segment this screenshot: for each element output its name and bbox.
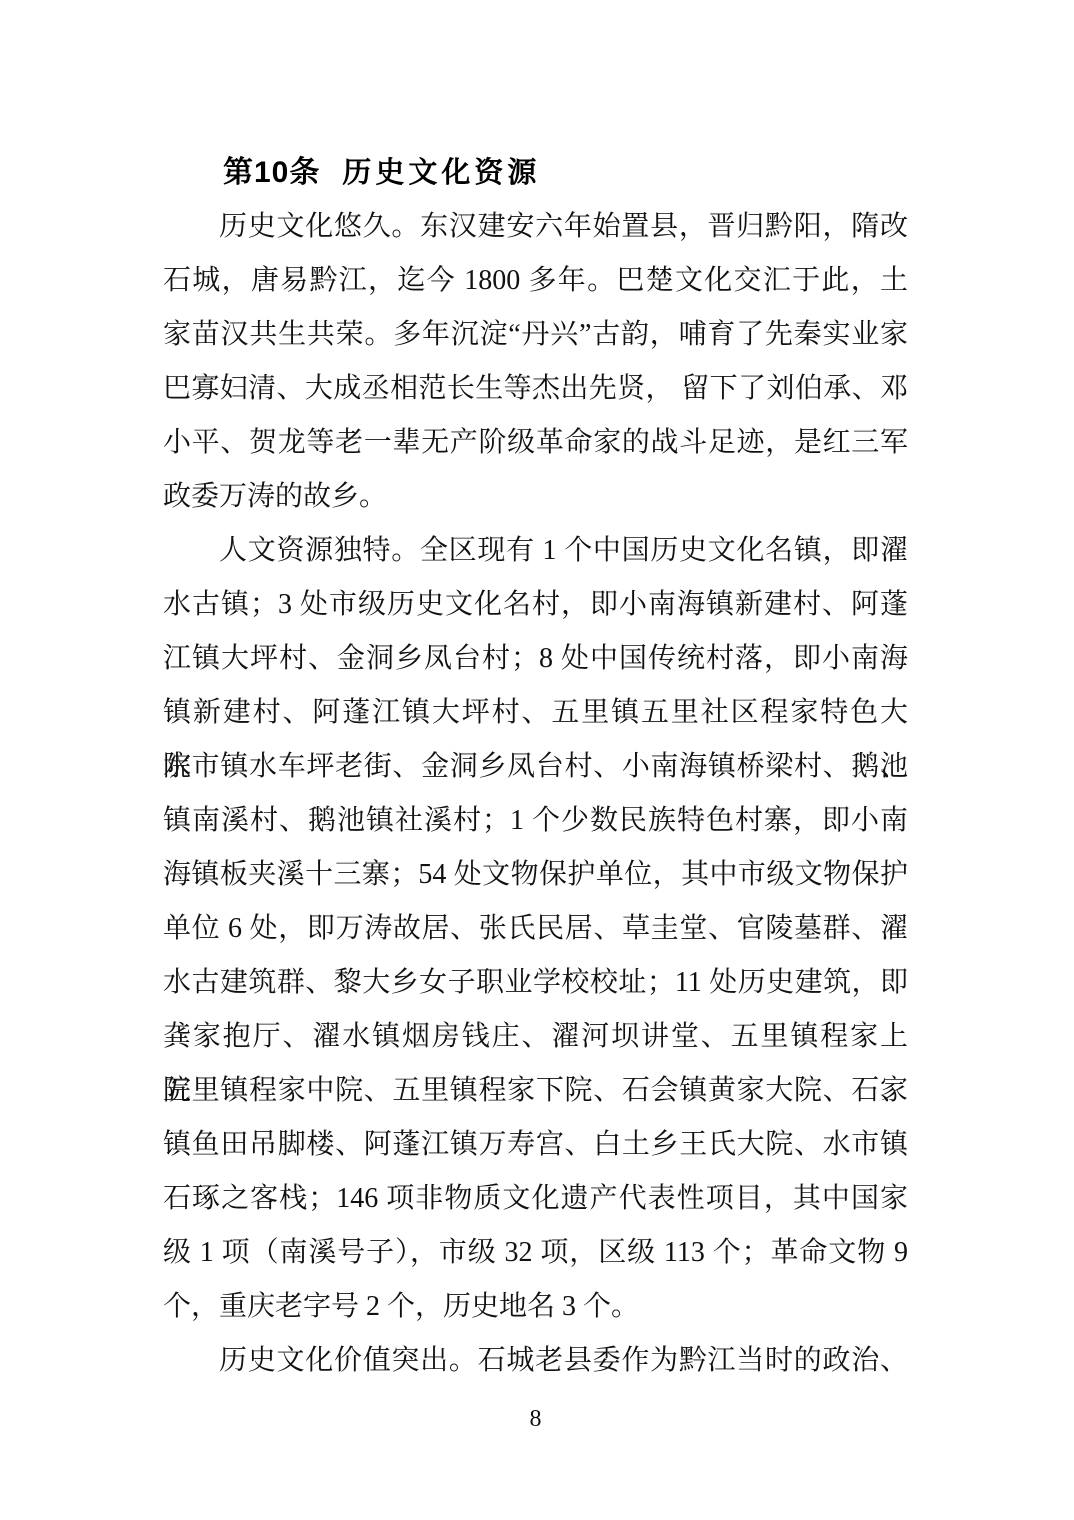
body-text: 历史文化悠久。东汉建安六年始置县，晋归黔阳，隋改石城，唐易黔江，迄今 1800 … <box>163 200 908 1388</box>
text-line: 水市镇水车坪老街、金洞乡凤台村、小南海镇桥梁村、鹅池 <box>163 740 908 794</box>
text-line: 历史文化悠久。东汉建安六年始置县，晋归黔阳，隋改 <box>163 200 908 254</box>
paragraph: 人文资源独特。全区现有 1 个中国历史文化名镇，即濯水古镇；3 处市级历史文化名… <box>163 524 908 1334</box>
text-line: 历史文化价值突出。石城老县委作为黔江当时的政治、 <box>163 1334 908 1388</box>
text-line: 五里镇程家中院、五里镇程家下院、石会镇黄家大院、石家 <box>163 1064 908 1118</box>
document-page: 第10条历史文化资源 历史文化悠久。东汉建安六年始置县，晋归黔阳，隋改石城，唐易… <box>0 0 1074 1520</box>
page-number: 8 <box>163 1404 908 1434</box>
text-line: 镇南溪村、鹅池镇社溪村；1 个少数民族特色村寨，即小南 <box>163 794 908 848</box>
text-line: 龚家抱厅、濯水镇烟房钱庄、濯河坝讲堂、五里镇程家上院、 <box>163 1010 908 1064</box>
text-line: 海镇板夹溪十三寨；54 处文物保护单位，其中市级文物保护 <box>163 848 908 902</box>
text-line: 石琢之客栈；146 项非物质文化遗产代表性项目，其中国家 <box>163 1172 908 1226</box>
section-number: 第10条 <box>223 156 320 189</box>
text-line: 水古建筑群、黎大乡女子职业学校校址；11 处历史建筑，即 <box>163 956 908 1010</box>
text-line: 人文资源独特。全区现有 1 个中国历史文化名镇，即濯 <box>163 524 908 578</box>
text-line: 个，重庆老字号 2 个，历史地名 3 个。 <box>163 1280 908 1334</box>
text-line: 江镇大坪村、金洞乡凤台村；8 处中国传统村落，即小南海 <box>163 632 908 686</box>
text-line: 石城，唐易黔江，迄今 1800 多年。巴楚文化交汇于此，土 <box>163 254 908 308</box>
paragraph: 历史文化价值突出。石城老县委作为黔江当时的政治、 <box>163 1334 908 1388</box>
section-heading: 第10条历史文化资源 <box>163 146 908 200</box>
text-line: 镇鱼田吊脚楼、阿蓬江镇万寿宫、白土乡王氏大院、水市镇 <box>163 1118 908 1172</box>
text-line: 巴寡妇清、大成丞相范长生等杰出先贤， 留下了刘伯承、邓 <box>163 362 908 416</box>
text-line: 政委万涛的故乡。 <box>163 470 908 524</box>
section-title: 历史文化资源 <box>342 157 540 189</box>
text-line: 小平、贺龙等老一辈无产阶级革命家的战斗足迹，是红三军 <box>163 416 908 470</box>
text-line: 单位 6 处，即万涛故居、张氏民居、草圭堂、官陵墓群、濯 <box>163 902 908 956</box>
text-line: 家苗汉共生共荣。多年沉淀“丹兴”古韵，哺育了先秦实业家 <box>163 308 908 362</box>
text-line: 水古镇；3 处市级历史文化名村，即小南海镇新建村、阿蓬 <box>163 578 908 632</box>
text-line: 镇新建村、阿蓬江镇大坪村、五里镇五里社区程家特色大院、 <box>163 686 908 740</box>
paragraph: 历史文化悠久。东汉建安六年始置县，晋归黔阳，隋改石城，唐易黔江，迄今 1800 … <box>163 200 908 524</box>
text-line: 级 1 项（南溪号子），市级 32 项，区级 113 个；革命文物 9 <box>163 1226 908 1280</box>
